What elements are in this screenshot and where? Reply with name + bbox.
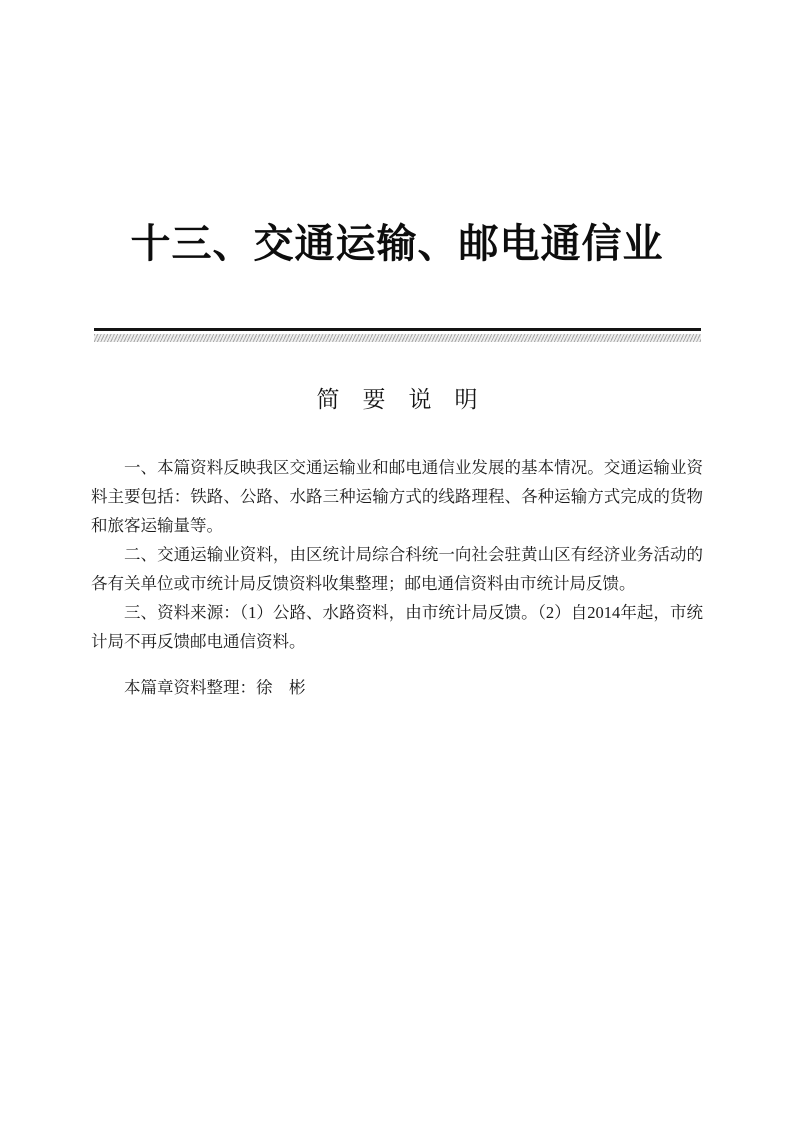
document-page: 十三、交通运输、邮电通信业 简 要 说 明 一、本篇资料反映我区交通运输业和邮电… [0,0,794,1122]
section-heading: 简 要 说 明 [0,387,794,411]
rule-hatch-band [94,334,701,342]
paragraph-2: 二、交通运输业资料，由区统计局综合科统一向社会驻黄山区有经济业务活动的各有关单位… [91,540,703,598]
decorative-rule [94,328,701,342]
paragraph-3: 三、资料来源：（1）公路、水路资料，由市统计局反馈。（2）自2014年起，市统计… [91,598,703,656]
compiler-line: 本篇章资料整理：徐 彬 [91,673,703,702]
paragraph-1: 一、本篇资料反映我区交通运输业和邮电通信业发展的基本情况。交通运输业资料主要包括… [91,453,703,540]
chapter-title: 十三、交通运输、邮电通信业 [0,0,794,268]
body-text-block: 一、本篇资料反映我区交通运输业和邮电通信业发展的基本情况。交通运输业资料主要包括… [91,453,703,656]
